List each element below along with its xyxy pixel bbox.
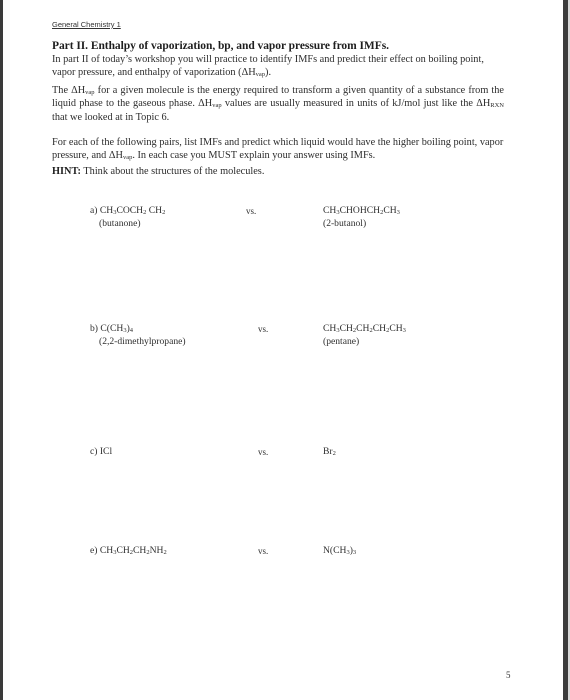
left-formula: e) CH3CH2CH2NH2 [90,545,167,558]
hint-label: HINT: [52,166,81,177]
right-formula: N(CH3)3 [323,545,356,558]
intro-paragraph: In part II of today’s workshop you will … [52,53,504,80]
vs-label: vs. [258,546,268,556]
vs-label: vs. [246,206,256,216]
pair-right-molecule: CH3CH2CH2CH2CH3(pentane) [323,323,406,348]
left-name: (2,2-dimethylpropane) [90,336,186,349]
section-title: Part II. Enthalpy of vaporization, bp, a… [52,40,389,52]
left-name: (butanone) [90,218,165,231]
right-formula: Br2 [323,446,336,459]
right-name: (pentane) [323,336,406,349]
right-formula: CH3CH2CH2CH2CH3 [323,323,406,336]
pair-left-molecule: a) CH3COCH2 CH2(butanone) [90,205,165,230]
pair-left-molecule: b) C(CH3)4(2,2-dimethylpropane) [90,323,186,348]
pair-left-molecule: e) CH3CH2CH2NH2 [90,545,167,558]
left-formula: a) CH3COCH2 CH2 [90,205,165,218]
pair-right-molecule: N(CH3)3 [323,545,356,558]
course-header: General Chemistry 1 [52,20,121,29]
definition-paragraph: The ΔHvap for a given molecule is the en… [52,84,504,124]
pair-left-molecule: c) ICl [90,446,112,459]
right-formula: CH3CHOHCH2CH3 [323,205,400,218]
vs-label: vs. [258,324,268,334]
right-name: (2-butanol) [323,218,400,231]
pair-right-molecule: CH3CHOHCH2CH3(2-butanol) [323,205,400,230]
hint-text: Think about the structures of the molecu… [81,166,264,177]
hint-line: HINT: Think about the structures of the … [52,166,264,177]
vs-label: vs. [258,447,268,457]
left-formula: c) ICl [90,446,112,459]
instructions-paragraph: For each of the following pairs, list IM… [52,136,504,163]
page-number: 5 [506,670,511,680]
left-formula: b) C(CH3)4 [90,323,186,336]
pair-right-molecule: Br2 [323,446,336,459]
document-page: General Chemistry 1 Part II. Enthalpy of… [0,0,563,700]
